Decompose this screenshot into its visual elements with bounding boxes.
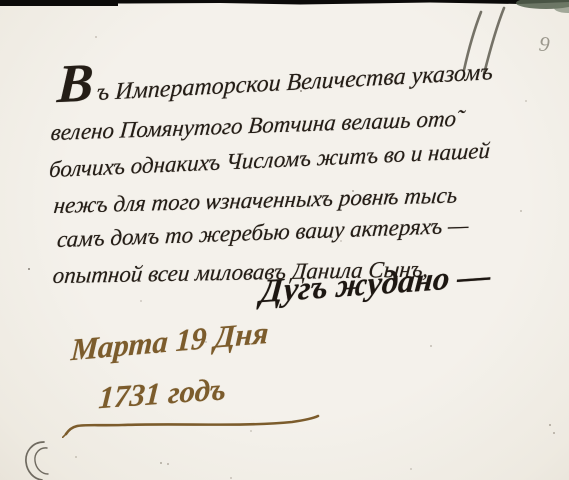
manuscript-line-1: Въ Императорскои Величества указомъ: [56, 51, 494, 109]
date-line-day: Марта 19 Дня: [70, 315, 269, 369]
pencil-secondary-number-9: 9: [538, 32, 551, 58]
manuscript-line-4: нежъ для того ѡзначенныхъ ровнѣ тысь: [52, 182, 458, 219]
manuscript-line-2: велено Помянутого Вотчина велашь ото̃: [50, 106, 458, 146]
pencil-circle-doodle: [20, 440, 66, 480]
manuscript-scan: 9 Въ Императорскои Величества указомъ ве…: [0, 0, 569, 480]
manuscript-line-5: самъ домъ то жеребью вашу актеряхъ —: [56, 213, 469, 253]
date-underline-flourish: [62, 408, 322, 438]
paper-specks: [0, 0, 2, 2]
manuscript-line-3: болчихъ однакихъ Числомъ житъ во и нашей: [48, 138, 490, 183]
